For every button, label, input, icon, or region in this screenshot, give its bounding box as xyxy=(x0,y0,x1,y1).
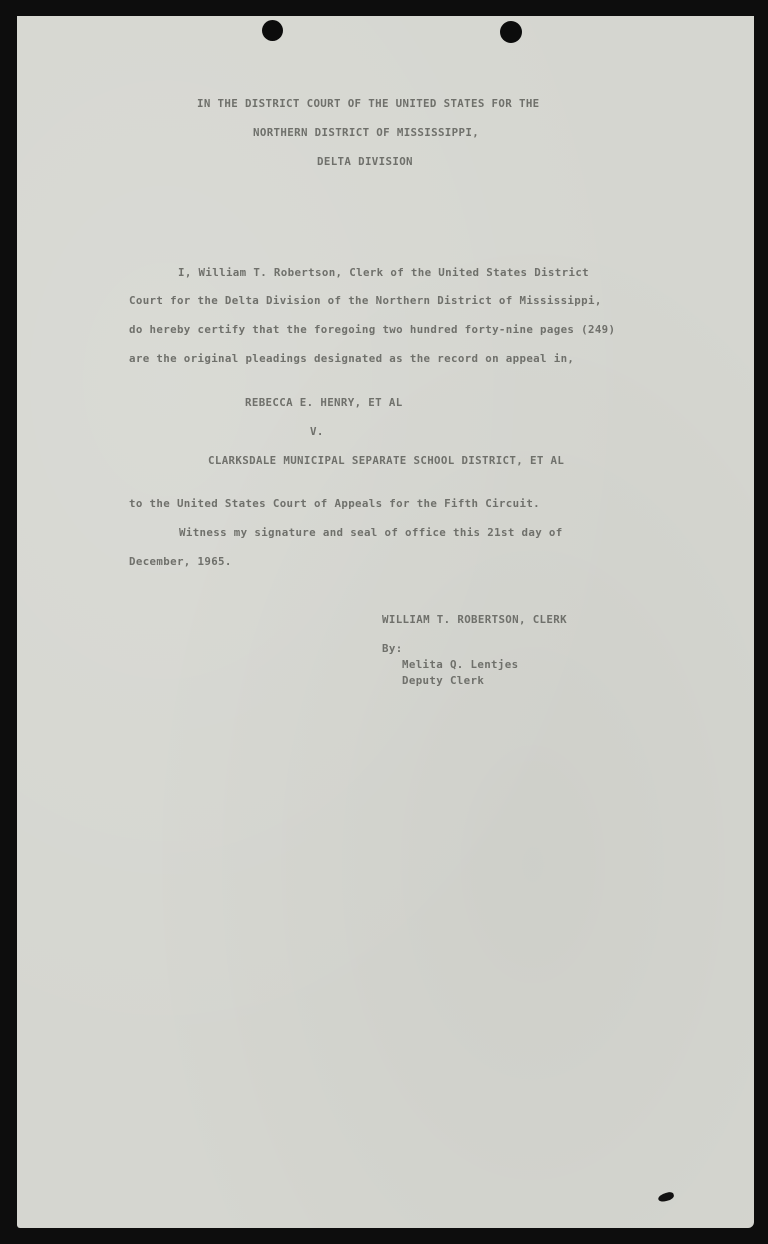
heading-line-3: DELTA DIVISION xyxy=(317,157,413,168)
case-versus: V. xyxy=(310,427,324,438)
deputy-clerk-title: Deputy Clerk xyxy=(402,676,484,687)
closing-line-3: December, 1965. xyxy=(129,557,232,568)
heading-line-2: NORTHERN DISTRICT OF MISSISSIPPI, xyxy=(253,128,479,139)
case-plaintiff: REBECCA E. HENRY, ET AL xyxy=(245,398,403,409)
closing-line-2: Witness my signature and seal of office … xyxy=(179,528,563,539)
heading-line-1: IN THE DISTRICT COURT OF THE UNITED STAT… xyxy=(197,99,540,110)
body-line-4: are the original pleadings designated as… xyxy=(129,354,574,365)
signature-by-label: By: xyxy=(382,644,403,655)
clerk-signature-line: WILLIAM T. ROBERTSON, CLERK xyxy=(382,615,567,626)
punch-hole-right xyxy=(500,21,522,43)
body-line-3: do hereby certify that the foregoing two… xyxy=(129,325,615,336)
body-line-2: Court for the Delta Division of the Nort… xyxy=(129,296,602,307)
punch-hole-left xyxy=(262,20,283,41)
case-defendant: CLARKSDALE MUNICIPAL SEPARATE SCHOOL DIS… xyxy=(208,456,564,467)
closing-line-1: to the United States Court of Appeals fo… xyxy=(129,499,540,510)
deputy-clerk-name: Melita Q. Lentjes xyxy=(402,660,518,671)
body-line-1: I, William T. Robertson, Clerk of the Un… xyxy=(178,268,589,279)
